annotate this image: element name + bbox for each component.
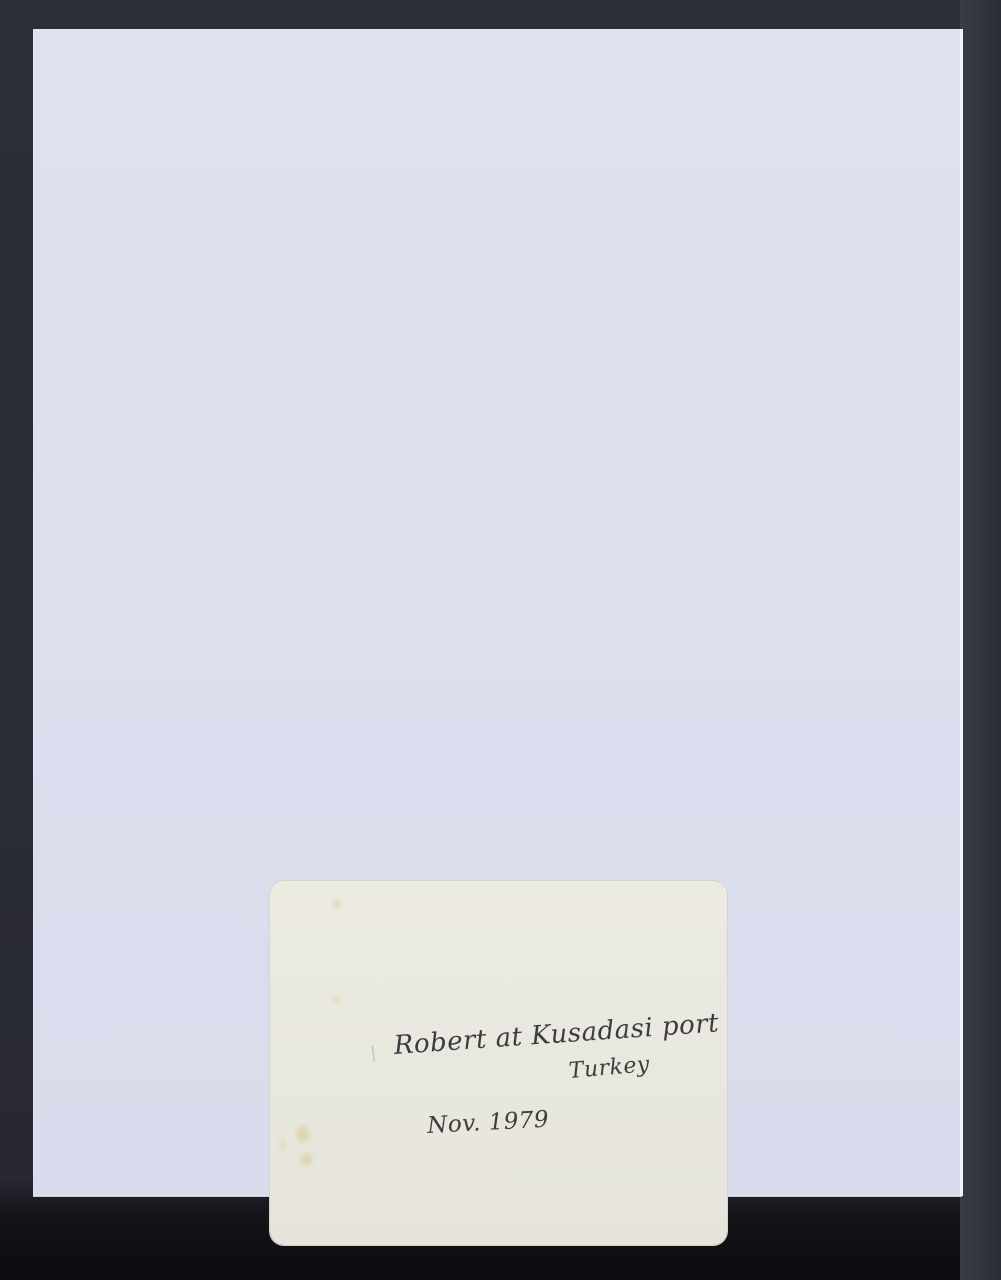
stain-mark xyxy=(296,1126,310,1142)
stain-mark xyxy=(334,899,341,909)
photo-back-card: \ Robert at Kusadasi port Turkey Nov. 19… xyxy=(270,881,727,1245)
sheet-edge xyxy=(960,29,962,1196)
scanner-background xyxy=(960,0,1001,1280)
handwritten-location: Turkey xyxy=(568,1052,651,1084)
stain-mark xyxy=(300,1153,312,1165)
stain-mark xyxy=(280,1141,286,1149)
handwritten-caption: Robert at Kusadasi port xyxy=(393,1008,720,1061)
faint-pencil-mark: \ xyxy=(370,1041,377,1065)
handwritten-date: Nov. 1979 xyxy=(427,1107,550,1139)
stain-mark xyxy=(334,996,340,1003)
blank-sheet: \ Robert at Kusadasi port Turkey Nov. 19… xyxy=(33,29,962,1196)
